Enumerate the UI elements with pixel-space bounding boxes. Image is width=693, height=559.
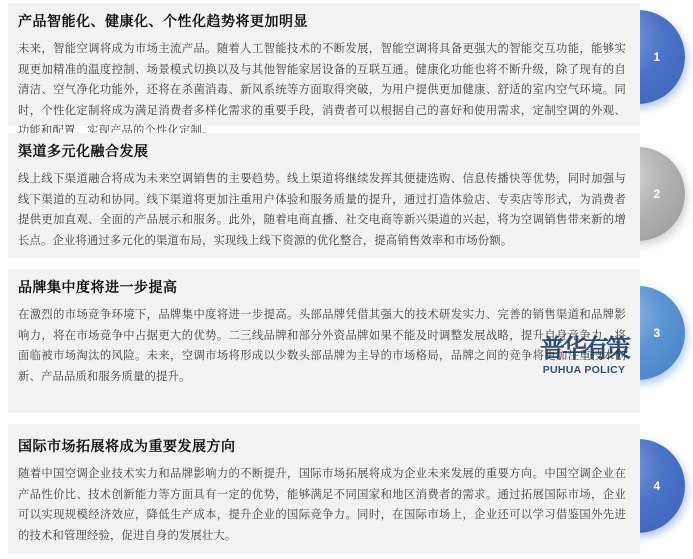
card-body: 未来，智能空调将成为市场主流产品。随着人工智能技术的不断发展，智能空调将具备更强… — [18, 39, 626, 142]
card-title: 国际市场拓展将成为重要发展方向 — [18, 437, 626, 455]
report-page: 1 2 3 4 产品智能化、健康化、个性化趋势将更加明显 未来，智能空调将成为市… — [0, 0, 693, 559]
card-title: 产品智能化、健康化、个性化趋势将更加明显 — [18, 12, 626, 30]
card-body: 随着中国空调企业技术实力和品牌影响力的不断提升，国际市场拓展将成为企业未来发展的… — [18, 464, 626, 546]
card-body: 线上线下渠道融合将成为未来空调销售的主要趋势。线上渠道将继续发挥其便捷选购、信息… — [18, 169, 626, 251]
card-title: 渠道多元化融合发展 — [18, 142, 626, 160]
trend-card-product: 产品智能化、健康化、个性化趋势将更加明显 未来，智能空调将成为市场主流产品。随着… — [8, 3, 640, 126]
trend-card-channel: 渠道多元化融合发展 线上线下渠道融合将成为未来空调销售的主要趋势。线上渠道将继续… — [8, 133, 640, 258]
trend-card-international: 国际市场拓展将成为重要发展方向 随着中国空调企业技术实力和品牌影响力的不断提升，… — [8, 424, 640, 554]
badge-number: 2 — [653, 187, 660, 201]
trend-card-brand: 品牌集中度将进一步提高 在激烈的市场竞争环境下，品牌集中度将进一步提高。头部品牌… — [8, 269, 640, 413]
badge-number: 4 — [653, 479, 660, 493]
badge-number: 3 — [653, 326, 660, 340]
card-title: 品牌集中度将进一步提高 — [18, 278, 626, 296]
card-body: 在激烈的市场竞争环境下，品牌集中度将进一步提高。头部品牌凭借其强大的技术研发实力… — [18, 305, 626, 387]
badge-number: 1 — [653, 50, 660, 64]
